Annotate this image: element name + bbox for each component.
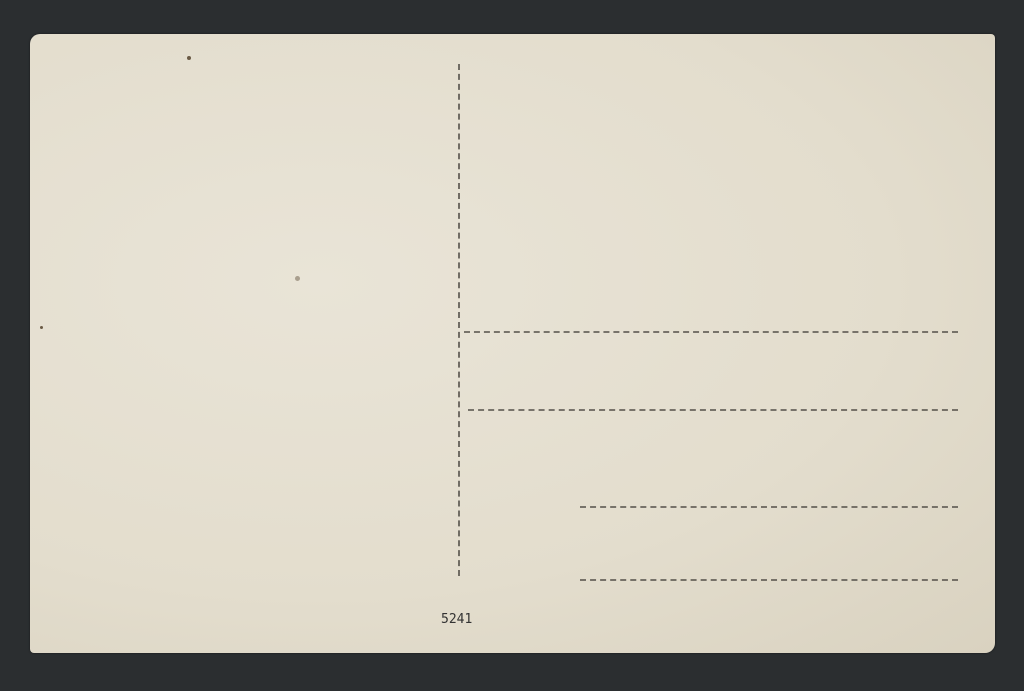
address-line-4 <box>580 579 958 581</box>
address-line-3 <box>580 506 958 508</box>
address-line-1 <box>464 331 958 333</box>
serial-number: 5241 <box>441 612 472 627</box>
center-divider-line <box>458 64 460 576</box>
stain-spot <box>295 276 300 281</box>
postcard-back: 5241 <box>30 34 995 653</box>
stain-spot <box>187 56 191 60</box>
address-line-2 <box>468 409 958 411</box>
stain-spot <box>40 326 43 329</box>
